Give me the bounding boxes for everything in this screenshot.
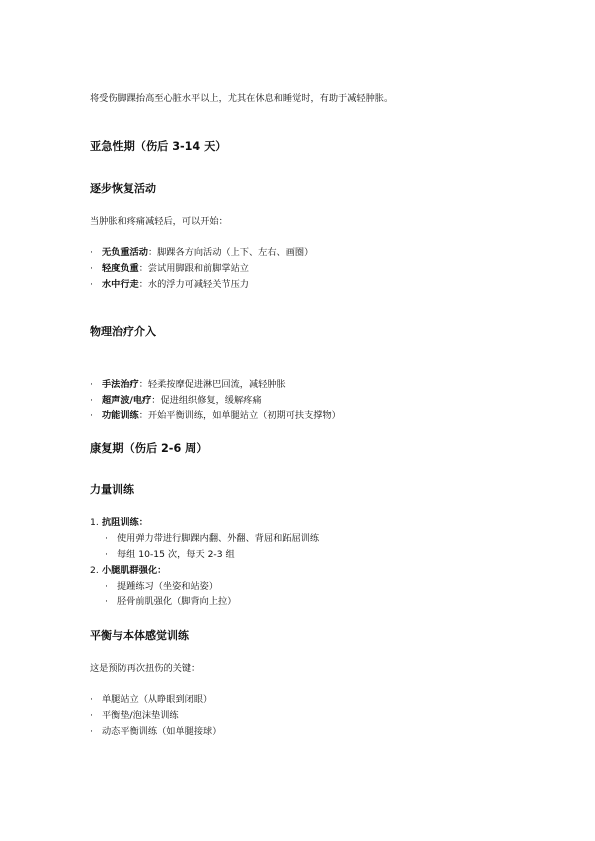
bullet-icon: · (105, 596, 117, 607)
bullet-icon: · (90, 395, 102, 406)
sub-list-item: ·使用弹力带进行脚踝内翻、外翻、背屈和跖屈训练 (105, 530, 319, 544)
list-item: ·手法治疗：轻柔按摩促进淋巴回流，减轻肿胀 (90, 376, 286, 390)
subsection-title-strength: 力量训练 (90, 481, 134, 497)
list-item: ·单腿站立（从睁眼到闭眼） (90, 691, 212, 705)
bullet-icon: · (90, 710, 102, 721)
bullet-icon: · (105, 549, 117, 560)
subsection-title-gradual: 逐步恢复活动 (90, 180, 156, 196)
list-item: ·功能训练：开始平衡训练，如单腿站立（初期可扶支撑物） (90, 407, 341, 421)
list-item: ·无负重活动：脚踝各方向活动（上下、左右、画圈） (90, 244, 313, 258)
section-title-rehab: 康复期（伤后 2-6 周） (90, 440, 208, 456)
numbered-item: 2.小腿肌群强化： (90, 562, 166, 576)
bullet-icon: · (90, 263, 102, 274)
bullet-icon: · (90, 410, 102, 421)
bullet-icon: · (105, 533, 117, 544)
bullet-icon: · (90, 247, 102, 258)
balance-lead: 这是预防再次扭伤的关键： (90, 660, 200, 674)
sub-list-item: ·提踵练习（坐姿和站姿） (105, 578, 218, 592)
bullet-icon: · (90, 279, 102, 290)
list-item: ·动态平衡训练（如单腿接球） (90, 723, 221, 737)
list-item: ·平衡垫/泡沫垫训练 (90, 707, 179, 721)
gradual-lead: 当肿胀和疼痛减轻后，可以开始： (90, 213, 228, 227)
sub-list-item: ·每组 10-15 次，每天 2-3 组 (105, 546, 235, 560)
sub-list-item: ·胫骨前肌强化（脚背向上拉） (105, 593, 236, 607)
subsection-title-physio: 物理治疗介入 (90, 323, 156, 339)
bullet-icon: · (90, 694, 102, 705)
list-item: ·水中行走：水的浮力可减轻关节压力 (90, 276, 249, 290)
bullet-icon: · (90, 726, 102, 737)
numbered-item: 1.抗阻训练： (90, 514, 148, 528)
intro-paragraph: 将受伤脚踝抬高至心脏水平以上，尤其在休息和睡觉时，有助于减轻肿胀。 (90, 90, 393, 104)
list-item: ·超声波/电疗：促进组织修复，缓解疼痛 (90, 392, 262, 406)
section-title-subacute: 亚急性期（伤后 3-14 天） (90, 138, 226, 154)
bullet-icon: · (105, 581, 117, 592)
bullet-icon: · (90, 379, 102, 390)
subsection-title-balance: 平衡与本体感觉训练 (90, 627, 189, 643)
list-item: ·轻度负重：尝试用脚跟和前脚掌站立 (90, 260, 249, 274)
